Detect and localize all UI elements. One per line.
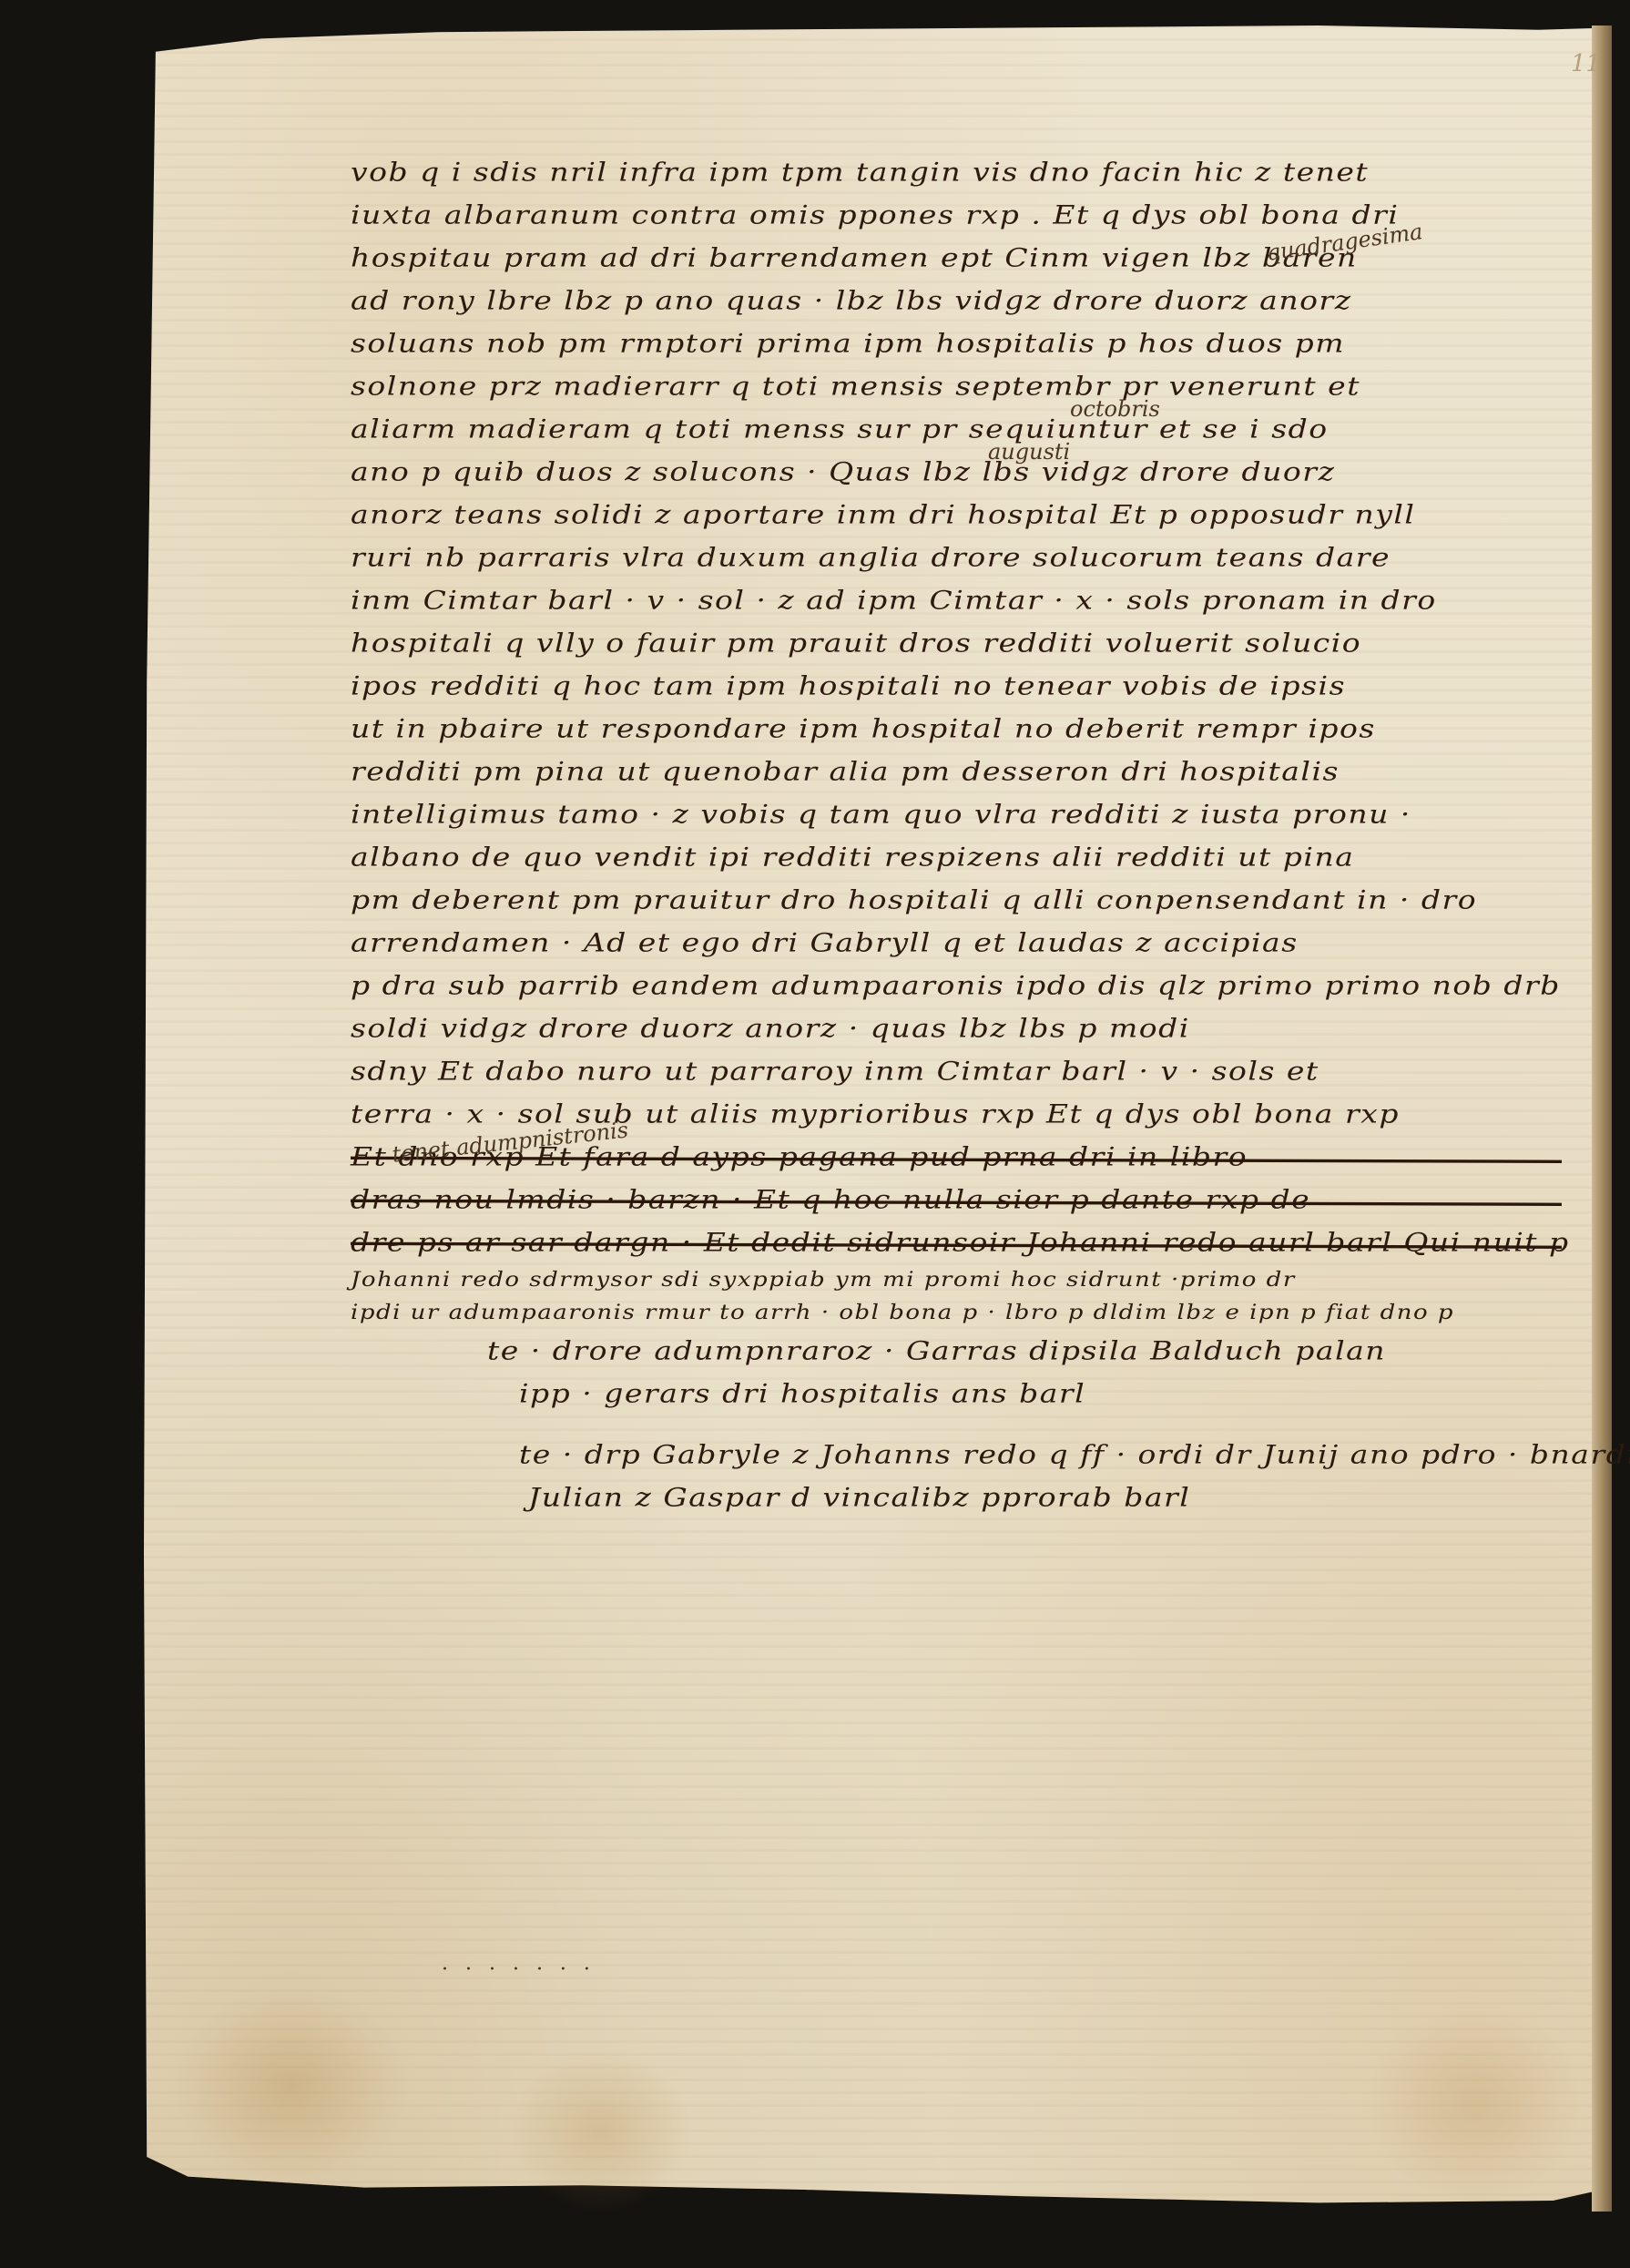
manuscript-line: ano p quib duos z solucons · Quas lbz lb… — [351, 454, 1562, 490]
margin-ink-dots: · · · · · · · — [442, 1958, 596, 1981]
foxing-stain — [510, 2049, 692, 2213]
manuscript-line: Julian z Gaspar d vincalibz pprorab barl — [351, 1479, 1562, 1516]
manuscript-line: Johanni redo sdrmysor sdi syxppiab ym mi… — [351, 1266, 1562, 1294]
manuscript-line: dre ps ar sar dargn · Et dedit sidrunsoi… — [351, 1224, 1562, 1261]
manuscript-line: vob q i sdis nril infra ipm tpm tangin v… — [351, 154, 1562, 190]
manuscript-line: albano de quo vendit ipi redditi respize… — [351, 839, 1562, 875]
manuscript-line: soldi vidgz drore duorz anorz · quas lbz… — [351, 1010, 1562, 1047]
manuscript-line: ipdi ur adumpaaronis rmur to arrh · obl … — [351, 1299, 1562, 1327]
interlinear-note: augusti — [988, 439, 1070, 465]
manuscript-line: soluans nob pm rmptori prima ipm hospita… — [351, 325, 1562, 362]
manuscript-line: aliarm madieram q toti menss sur pr sequ… — [351, 411, 1562, 447]
manuscript-line: te · drore adumpnraroz · Garras dipsila … — [351, 1333, 1562, 1369]
manuscript-line: ut in pbaire ut respondare ipm hospital … — [351, 710, 1562, 747]
manuscript-line: inm Cimtar barl · v · sol · z ad ipm Cim… — [351, 582, 1562, 618]
manuscript-line: sdny Et dabo nuro ut parraroy inm Cimtar… — [351, 1053, 1562, 1089]
folio-number: 11 — [1571, 50, 1601, 77]
manuscript-line: redditi pm pina ut quenobar alia pm dess… — [351, 753, 1562, 790]
manuscript-line: te · drp Gabryle z Johanns redo q ff · o… — [351, 1436, 1562, 1473]
manuscript-line: anorz teans solidi z aportare inm dri ho… — [351, 496, 1562, 533]
manuscript-line: hospitali q vlly o fauir pm prauit dros … — [351, 625, 1562, 661]
book-spine — [1592, 26, 1612, 2212]
manuscript-line: solnone prz madierarr q toti mensis sept… — [351, 368, 1562, 404]
manuscript-text: vob q i sdis nril infra ipm tpm tangin v… — [351, 150, 1562, 1518]
foxing-stain — [1366, 2004, 1584, 2204]
manuscript-line: ruri nb parraris vlra duxum anglia drore… — [351, 539, 1562, 576]
interlinear-note: octobris — [1070, 396, 1160, 422]
manuscript-line: ipos redditi q hoc tam ipm hospitali no … — [351, 668, 1562, 704]
manuscript-line: intelligimus tamo · z vobis q tam quo vl… — [351, 796, 1562, 833]
manuscript-line: ipp · gerars dri hospitalis ans barl — [351, 1375, 1562, 1412]
foxing-stain — [173, 1986, 410, 2186]
manuscript-line: dras nou lmdis · barzn · Et q hoc nulla … — [351, 1181, 1562, 1218]
manuscript-line: p dra sub parrib eandem adumpaaronis ipd… — [351, 967, 1562, 1004]
manuscript-line: pm deberent pm prauitur dro hospitali q … — [351, 882, 1562, 918]
manuscript-line: arrendamen · Ad et ego dri Gabryll q et … — [351, 925, 1562, 961]
manuscript-line: ad rony lbre lbz p ano quas · lbz lbs vi… — [351, 282, 1562, 319]
